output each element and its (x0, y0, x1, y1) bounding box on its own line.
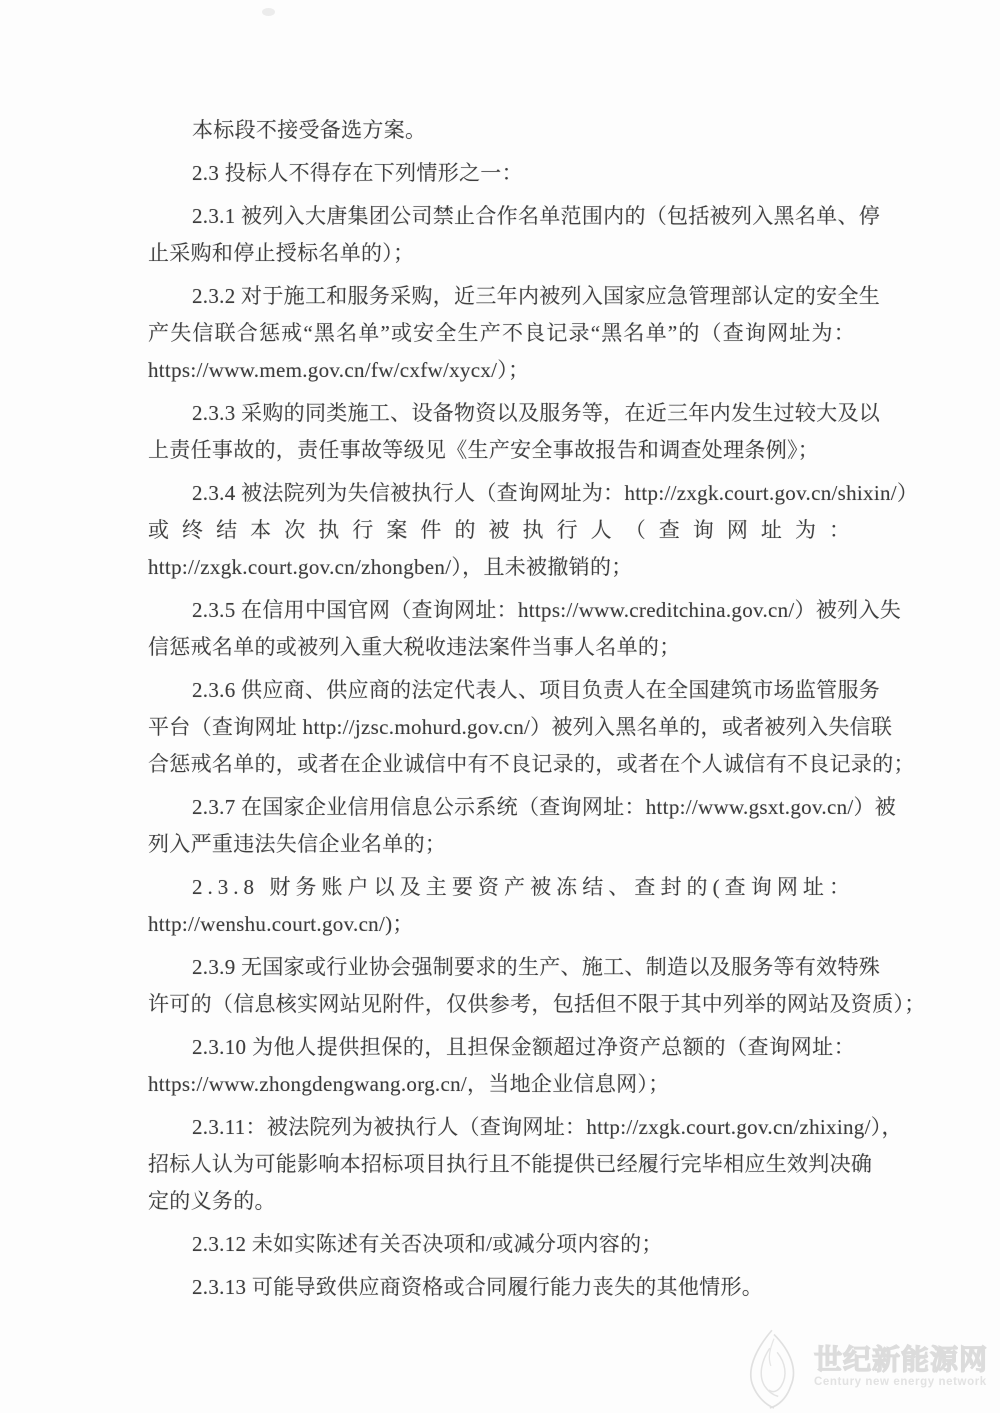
paragraph: 2.3.3 采购的同类施工、设备物资以及服务等，在近三年内发生过较大及以上责任事… (148, 395, 855, 469)
text-line: 产失信联合惩戒“黑名单”或安全生产不良记录“黑名单”的（查询网址为： (148, 315, 855, 352)
text-line: 2.3.13 可能导致供应商资格或合同履行能力丧失的其他情形。 (148, 1269, 855, 1306)
scan-artifact (262, 8, 275, 16)
text-line: 2.3.1 被列入大唐集团公司禁止合作名单范围内的（包括被列入黑名单、停 (148, 198, 855, 235)
paragraph: 2.3.8 财务账户以及主要资产被冻结、查封的(查询网址：http://wens… (148, 869, 855, 943)
text-line: 2.3.5 在信用中国官网（查询网址：https://www.creditchi… (148, 592, 855, 629)
paragraph: 2.3.11：被法院列为被执行人（查询网址：http://zxgk.court.… (148, 1109, 855, 1220)
watermark-title: 世纪新能源网 (814, 1345, 988, 1375)
text-line: 2.3 投标人不得存在下列情形之一： (148, 155, 855, 192)
paragraph: 2.3 投标人不得存在下列情形之一： (148, 155, 855, 192)
text-line: 2.3.9 无国家或行业协会强制要求的生产、施工、制造以及服务等有效特殊 (148, 949, 855, 986)
text-line: http://zxgk.court.gov.cn/zhongben/），且未被撤… (148, 549, 855, 586)
text-line: 2.3.8 财务账户以及主要资产被冻结、查封的(查询网址： (148, 869, 855, 906)
text-line: http://wenshu.court.gov.cn/)； (148, 906, 855, 943)
text-line: 合惩戒名单的，或者在企业诚信中有不良记录的，或者在个人诚信有不良记录的； (148, 746, 855, 783)
paragraph: 2.3.5 在信用中国官网（查询网址：https://www.creditchi… (148, 592, 855, 666)
text-line: https://www.zhongdengwang.org.cn/，当地企业信息… (148, 1066, 855, 1103)
text-line: 列入严重违法失信企业名单的； (148, 826, 855, 863)
paragraph: 2.3.13 可能导致供应商资格或合同履行能力丧失的其他情形。 (148, 1269, 855, 1306)
paragraph: 2.3.7 在国家企业信用信息公示系统（查询网址：http://www.gsxt… (148, 789, 855, 863)
text-line: 2.3.7 在国家企业信用信息公示系统（查询网址：http://www.gsxt… (148, 789, 855, 826)
text-line: 2.3.3 采购的同类施工、设备物资以及服务等，在近三年内发生过较大及以 (148, 395, 855, 432)
text-line: 或终结本次执行案件的被执行人（查询网址为： (148, 512, 855, 549)
paragraph: 本标段不接受备选方案。 (148, 112, 855, 149)
paragraph: 2.3.10 为他人提供担保的，且担保金额超过净资产总额的（查询网址：https… (148, 1029, 855, 1103)
text-line: https://www.mem.gov.cn/fw/cxfw/xycx/）； (148, 352, 855, 389)
watermark-subtitle: Century new energy network (814, 1375, 987, 1389)
text-line: 2.3.11：被法院列为被执行人（查询网址：http://zxgk.court.… (148, 1109, 855, 1146)
watermark: 世纪新能源网 Century new energy network (742, 1325, 988, 1409)
paragraph: 2.3.9 无国家或行业协会强制要求的生产、施工、制造以及服务等有效特殊许可的（… (148, 949, 855, 1023)
paragraph: 2.3.4 被法院列为失信被执行人（查询网址为：http://zxgk.cour… (148, 475, 855, 586)
document-body: 本标段不接受备选方案。2.3 投标人不得存在下列情形之一：2.3.1 被列入大唐… (148, 112, 855, 1306)
paragraph: 2.3.12 未如实陈述有关否决项和/或减分项内容的； (148, 1226, 855, 1263)
text-line: 2.3.4 被法院列为失信被执行人（查询网址为：http://zxgk.cour… (148, 475, 855, 512)
watermark-text: 世纪新能源网 Century new energy network (814, 1345, 988, 1389)
text-line: 上责任事故的，责任事故等级见《生产安全事故报告和调查处理条例》； (148, 432, 855, 469)
paragraph: 2.3.2 对于施工和服务采购，近三年内被列入国家应急管理部认定的安全生产失信联… (148, 278, 855, 389)
paragraph: 2.3.1 被列入大唐集团公司禁止合作名单范围内的（包括被列入黑名单、停止采购和… (148, 198, 855, 272)
text-line: 信惩戒名单的或被列入重大税收违法案件当事人名单的； (148, 629, 855, 666)
flame-icon (742, 1325, 806, 1409)
text-line: 2.3.12 未如实陈述有关否决项和/或减分项内容的； (148, 1226, 855, 1263)
text-line: 2.3.10 为他人提供担保的，且担保金额超过净资产总额的（查询网址： (148, 1029, 855, 1066)
document-page: 本标段不接受备选方案。2.3 投标人不得存在下列情形之一：2.3.1 被列入大唐… (0, 0, 1000, 1413)
text-line: 2.3.2 对于施工和服务采购，近三年内被列入国家应急管理部认定的安全生 (148, 278, 855, 315)
text-line: 招标人认为可能影响本招标项目执行且不能提供已经履行完毕相应生效判决确 (148, 1146, 855, 1183)
paragraph: 2.3.6 供应商、供应商的法定代表人、项目负责人在全国建筑市场监管服务平台（查… (148, 672, 855, 783)
text-line: 平台（查询网址 http://jzsc.mohurd.gov.cn/）被列入黑名… (148, 709, 855, 746)
text-line: 定的义务的。 (148, 1183, 855, 1220)
text-line: 许可的（信息核实网站见附件，仅供参考，包括但不限于其中列举的网站及资质）； (148, 986, 855, 1023)
text-line: 止采购和停止授标名单的）； (148, 235, 855, 272)
text-line: 2.3.6 供应商、供应商的法定代表人、项目负责人在全国建筑市场监管服务 (148, 672, 855, 709)
text-line: 本标段不接受备选方案。 (148, 112, 855, 149)
